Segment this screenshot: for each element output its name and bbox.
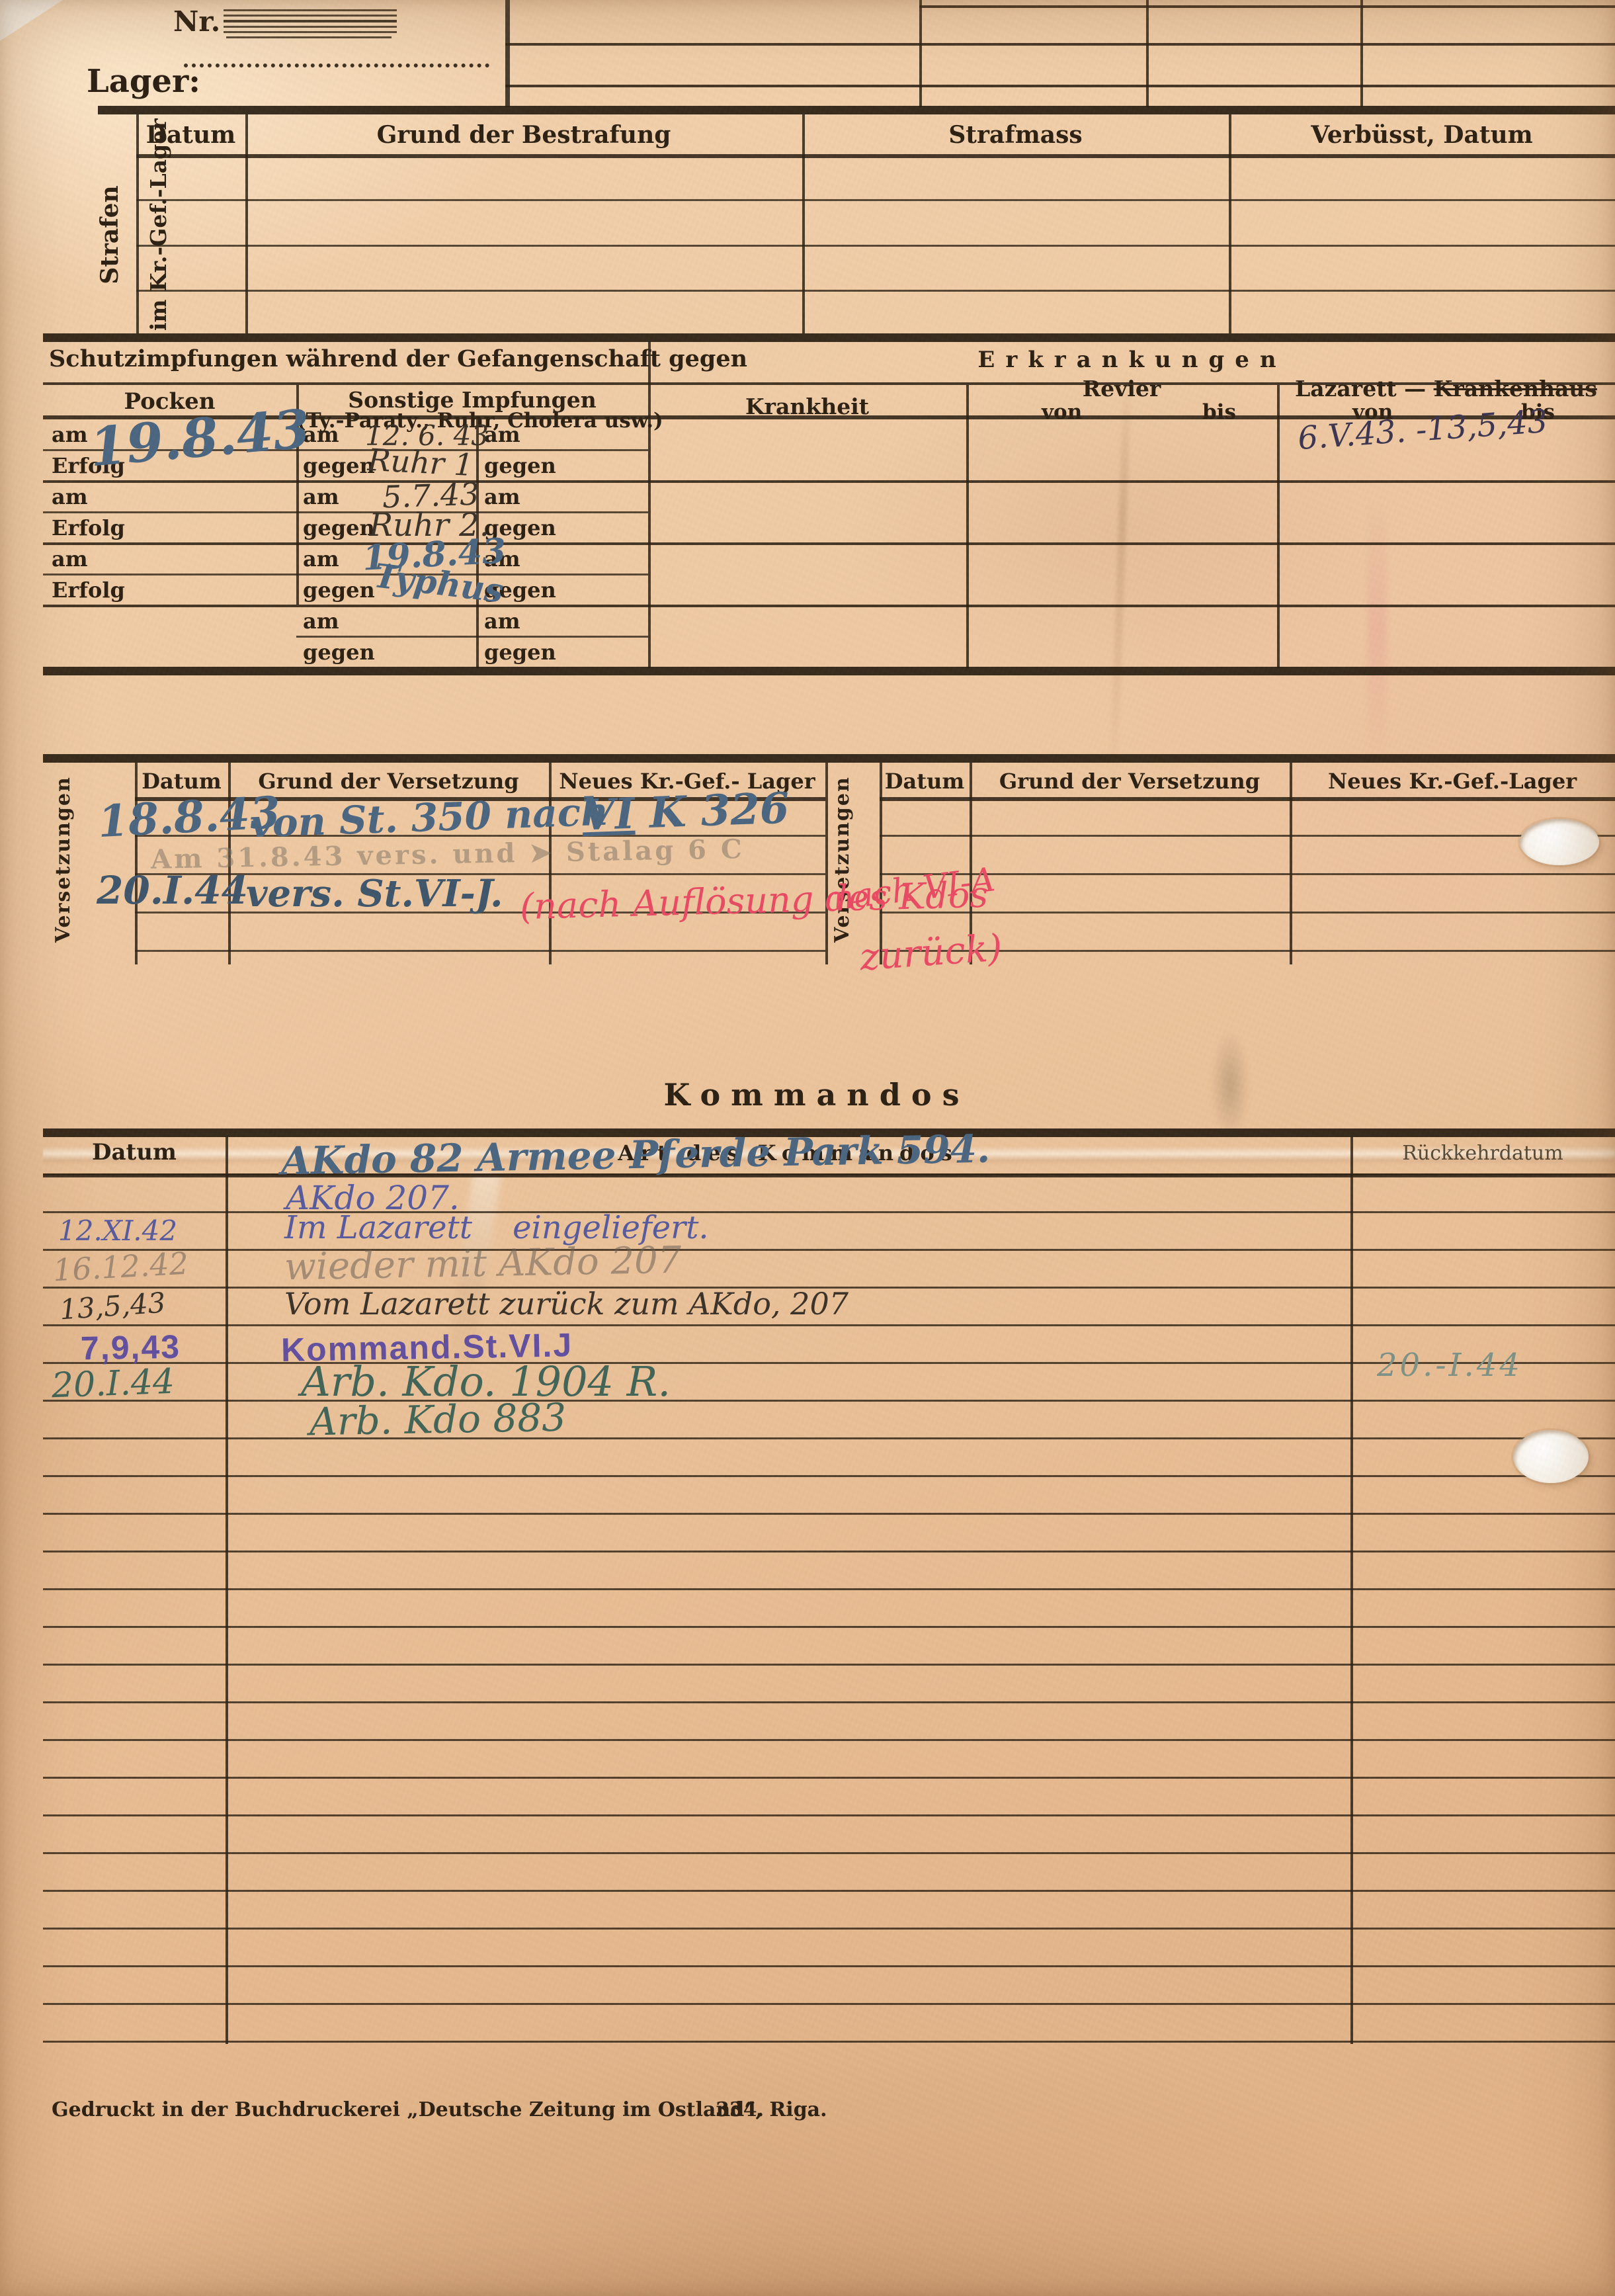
section-border [43,667,1615,675]
nr-label: Nr. [173,5,220,38]
kommando-datum: 20.I.44 [51,1362,175,1406]
nr-ruled-line [224,15,397,17]
table-line [296,636,648,638]
row-label-gegen: gegen [484,453,556,478]
erkrankungen-title: Erkrankungen [649,347,1615,373]
versetzungen-side-label-right: Versetzungen [831,804,868,943]
nr-ruled-line [224,26,397,28]
table-line [825,763,828,964]
strafen-col-strafmass: Strafmass [802,121,1229,149]
row-label-am: am [484,609,520,634]
printer-form-number: 334. [716,2098,764,2121]
kommando-datum: 16.12.42 [52,1246,189,1289]
table-line [136,245,1615,247]
paper-smudge [1210,1029,1250,1141]
table-line [43,605,1615,607]
table-line [505,0,510,107]
nr-ruled-line [226,36,392,38]
table-line [505,85,1615,87]
revier-von-label: von [1042,400,1082,424]
row-label-am: am [52,484,88,509]
row-label-gegen: gegen [303,640,375,665]
handwriting-red-note: zurück) [858,927,1004,980]
table-line [919,0,922,107]
nr-ruled-line [224,9,397,11]
pow-record-card-page: Nr. Lager: Strafen im Kr.-Gef.-Lager Dat… [0,0,1615,2296]
table-line [135,950,825,952]
row-label-am: am [303,609,339,634]
strafen-side-label: Strafen im Kr.-Gef.-Lager [74,139,130,331]
versetzungen-col-neues: Neues Kr.-Gef.-Lager [1290,769,1615,794]
versetzungen-col-datum: Datum [880,769,970,794]
versetzungen-side-label-left: Versetzungen [52,804,89,943]
strafen-col-verbuesst: Verbüsst, Datum [1229,121,1615,149]
kommando-art: wieder mit AKdo 207 [284,1239,681,1289]
table-line [505,43,1615,46]
table-line [43,574,648,575]
strafen-col-grund: Grund der Bestrafung [245,121,802,149]
row-label-erfolg: Erfolg [52,577,125,603]
strafen-col-datum: Datum [136,121,245,149]
printer-imprint: Gedruckt in der Buchdruckerei „Deutsche … [52,2098,827,2121]
table-line [1360,0,1363,107]
row-label-am: am [484,484,520,509]
table-line [880,912,1615,914]
table-line [136,154,1615,158]
handwriting-lazarett-dates: 6.V.43. -13,5,43 [1297,403,1549,457]
impfungen-title: Schutzimpfungen während der Gefangenscha… [49,345,747,372]
row-label-am: am [303,546,339,572]
table-line [966,385,969,668]
erkrankungen-col-revier: Revier [966,376,1277,402]
kommandos-ruled-rows [43,1138,1615,2043]
table-line [880,797,1615,801]
table-line [880,835,1615,837]
kommandos-title: Kommandos [638,1077,995,1113]
lager-dotted-line [184,64,489,67]
versetzungen-col-grund: Grund der Versetzung [970,769,1290,794]
row-label-gegen: gegen [303,577,375,603]
row-label-am: am [303,484,339,509]
row-label-gegen: gegen [303,453,375,478]
hole-punch [1513,1430,1589,1483]
table-line [1146,0,1149,107]
kommando-art: Vom Lazarett zurück zum AKdo, 207 [284,1286,849,1322]
nr-ruled-line [224,20,397,22]
row-label-am: am [52,546,88,572]
handwriting-versetzung-grund: vers. St.VI-J. [246,872,503,915]
handwriting-versetzung-neues: VI K 326 [581,784,790,841]
table-line [43,542,1615,545]
table-line [43,480,1615,483]
paper-crease [1109,370,1132,794]
nr-ruled-line [224,31,397,33]
row-label-gegen: gegen [484,640,556,665]
row-label-am: am [484,422,520,447]
table-line [919,5,1615,8]
revier-bis-label: bis [1202,400,1236,424]
kommando-art: Arb. Kdo 883 [309,1395,566,1445]
section-border [43,754,1615,763]
torn-corner [0,0,63,41]
row-label-gegen: gegen [303,515,375,540]
section-border [43,333,1615,342]
row-label-erfolg: Erfolg [52,515,125,540]
handwriting-versetzung-datum: 20.I.44 [97,868,248,913]
lager-label: Lager: [87,63,200,100]
erkrankungen-col-lazarett: Lazarett — Krankenhaus [1277,376,1615,402]
kommando-datum: 12.XI.42 [58,1214,177,1247]
table-line [1277,385,1280,668]
table-line [648,341,651,668]
pink-streak [1368,496,1386,761]
row-label-am: am [52,422,88,447]
kommando-rueckkehrdatum: 20.-I.44 [1377,1347,1522,1384]
table-line [136,199,1615,201]
table-line [136,290,1615,292]
hole-punch [1520,819,1599,865]
table-line [43,511,648,513]
section-border [98,106,1615,114]
